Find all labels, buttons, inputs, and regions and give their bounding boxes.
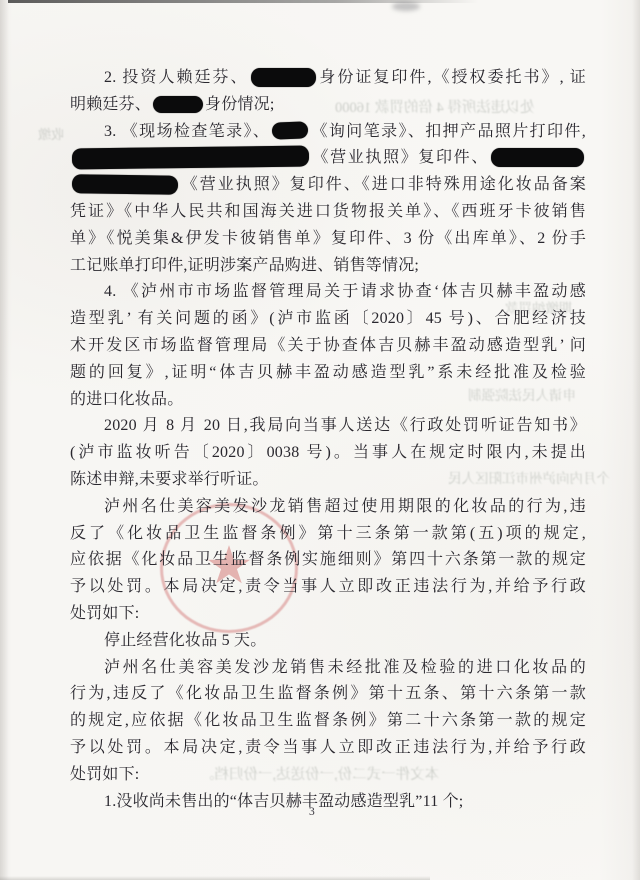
redaction-bar xyxy=(72,174,178,194)
document-line: 1.没收尚未售出的“体吉贝赫丰盈动感造型乳”11 个; xyxy=(70,789,586,816)
document-line: 单》《悦美集&伊发卡彼销售单》复印件、3 份《出库单》、2 份手 xyxy=(70,226,586,253)
document-line: 陈述申辩,未要求举行听证。 xyxy=(70,467,586,494)
document-line: 术开发区市场监督管理局《关于协查体吉贝赫丰盈动感造型乳’ 问 xyxy=(70,333,586,360)
document-line: 应依据《化妆品卫生监督条例实施细则》第四十六条第一款的规定 xyxy=(70,547,586,574)
scan-edge-right xyxy=(632,0,640,880)
document-line: (泸市监妆听告〔2020〕0038 号)。当事人在规定时限内,未提出 xyxy=(70,440,586,467)
document-line: 《营业执照》复印件、 xyxy=(70,145,586,172)
text-run: 的规定,应依据《化妆品卫生监督条例》第二十六条第一款的规定 xyxy=(70,712,586,729)
document-line: 工记账单打印件,证明涉案产品购进、销售等情况; xyxy=(70,253,586,280)
text-run: 身份证复印件,《授权委托书》, 证 xyxy=(318,69,586,86)
text-run: 4. 《泸州市市场监督管理局关于请求协查‘体吉贝赫丰盈动感 xyxy=(104,283,586,300)
scan-edge-left xyxy=(0,0,9,880)
text-run: 的进口化妆品。 xyxy=(70,391,183,408)
document-line: 2. 投资人赖廷芬、身份证复印件,《授权委托书》, 证 xyxy=(70,65,586,92)
redaction-bar xyxy=(491,148,584,167)
text-run: 《询问笔录》、扣押产品照片打印件, xyxy=(310,123,586,140)
text-run: 《营业执照》复印件、《进口非特殊用途化妆品备案 xyxy=(180,176,586,193)
text-run: 应依据《化妆品卫生监督条例实施细则》第四十六条第一款的规定 xyxy=(70,551,586,568)
document-line: 泸州名仕美容美发沙龙销售未经批准及检验的进口化妆品的 xyxy=(70,655,586,682)
text-run: 予以处罚。本局决定,责令当事人立即改正违法行为,并给予行政 xyxy=(70,578,586,595)
text-run: 反了《化妆品卫生监督条例》第十三条第一款第(五)项的规定, xyxy=(70,525,586,542)
document-line: 予以处罚。本局决定,责令当事人立即改正违法行为,并给予行政 xyxy=(70,735,586,762)
document-line: 的进口化妆品。 xyxy=(70,387,586,414)
document-line: 行为,违反了《化妆品卫生监督条例》第十五条、第十六条第一款 xyxy=(70,681,586,708)
text-run: 1.没收尚未售出的“体吉贝赫丰盈动感造型乳”11 个; xyxy=(104,793,463,810)
scan-edge-bottom xyxy=(0,876,430,880)
text-run: 泸州名仕美容美发沙龙销售未经批准及检验的进口化妆品的 xyxy=(104,659,586,676)
document-line: 处罚如下: xyxy=(70,762,586,789)
text-run: 2. 投资人赖廷芬、 xyxy=(104,69,249,86)
text-run: 行为,违反了《化妆品卫生监督条例》第十五条、第十六条第一款 xyxy=(70,685,586,702)
document-line: 凭证》《中华人民共和国海关进口货物报关单》、《西班牙卡彼销售 xyxy=(70,199,586,226)
text-run: 停止经营化妆品 5 天。 xyxy=(104,632,266,649)
scan-smudge xyxy=(392,2,420,11)
document-line: 2020 月 8 月 20 日,我局向当事人送达《行政处罚听证告知书》 xyxy=(70,413,586,440)
text-run: 工记账单打印件,证明涉案产品购进、销售等情况; xyxy=(70,257,419,274)
document-line: 予以处罚。本局决定,责令当事人立即改正违法行为,并给予行政 xyxy=(70,574,586,601)
bleedthrough-text: 收缴 xyxy=(38,124,64,143)
document-line: 反了《化妆品卫生监督条例》第十三条第一款第(五)项的规定, xyxy=(70,521,586,548)
redaction-bar xyxy=(272,122,309,140)
document-line: 4. 《泸州市市场监督管理局关于请求协查‘体吉贝赫丰盈动感 xyxy=(70,279,586,306)
document-line: 处罚如下: xyxy=(70,601,586,628)
redaction-bar xyxy=(72,146,309,170)
redaction-bar xyxy=(251,68,316,87)
text-run: 《营业执照》复印件、 xyxy=(311,149,489,166)
text-run: 题的回复》,证明“体吉贝赫丰盈动感造型乳”系未经批准及检验 xyxy=(70,364,586,381)
document-line: 3. 《现场检查笔录》、《询问笔录》、扣押产品照片打印件, xyxy=(70,119,586,146)
text-run: 明赖廷芬、 xyxy=(70,96,151,113)
text-run: 泸州名仕美容美发沙龙销售超过使用期限的化妆品的行为,违 xyxy=(104,498,586,515)
document-line: 《营业执照》复印件、《进口非特殊用途化妆品备案 xyxy=(70,172,586,199)
redaction-bar xyxy=(153,96,203,113)
text-run: 陈述申辩,未要求举行听证。 xyxy=(70,471,269,488)
text-run: (泸市监妆听告〔2020〕0038 号)。当事人在规定时限内,未提出 xyxy=(70,444,586,461)
text-run: 凭证》《中华人民共和国海关进口货物报关单》、《西班牙卡彼销售 xyxy=(70,203,586,220)
text-run: 2020 月 8 月 20 日,我局向当事人送达《行政处罚听证告知书》 xyxy=(104,417,586,434)
document-line: 的规定,应依据《化妆品卫生监督条例》第二十六条第一款的规定 xyxy=(70,708,586,735)
text-run: 造型乳’ 有关问题的函》(泸市监函〔2020〕45 号)、合肥经济技 xyxy=(70,310,586,327)
document-text: 2. 投资人赖廷芬、身份证复印件,《授权委托书》, 证明赖廷芬、身份情况;3. … xyxy=(70,65,586,815)
text-run: 处罚如下: xyxy=(70,766,139,783)
document-line: 停止经营化妆品 5 天。 xyxy=(70,628,586,655)
text-run: 处罚如下: xyxy=(70,605,139,622)
page-number: 3 xyxy=(309,806,315,818)
document-line: 造型乳’ 有关问题的函》(泸市监函〔2020〕45 号)、合肥经济技 xyxy=(70,306,586,333)
document-line: 泸州名仕美容美发沙龙销售超过使用期限的化妆品的行为,违 xyxy=(70,494,586,521)
document-line: 明赖廷芬、身份情况; xyxy=(70,92,586,119)
text-run: 予以处罚。本局决定,责令当事人立即改正违法行为,并给予行政 xyxy=(70,739,586,756)
text-run: 3. 《现场检查笔录》、 xyxy=(104,123,270,140)
text-run: 身份情况; xyxy=(205,96,274,113)
text-run: 术开发区市场监督管理局《关于协查体吉贝赫丰盈动感造型乳’ 问 xyxy=(70,337,586,354)
text-run: 单》《悦美集&伊发卡彼销售单》复印件、3 份《出库单》、2 份手 xyxy=(70,230,586,247)
document-line: 题的回复》,证明“体吉贝赫丰盈动感造型乳”系未经批准及检验 xyxy=(70,360,586,387)
scanned-document-page: 2. 投资人赖廷芬、身份证复印件,《授权委托书》, 证明赖廷芬、身份情况;3. … xyxy=(0,0,640,880)
